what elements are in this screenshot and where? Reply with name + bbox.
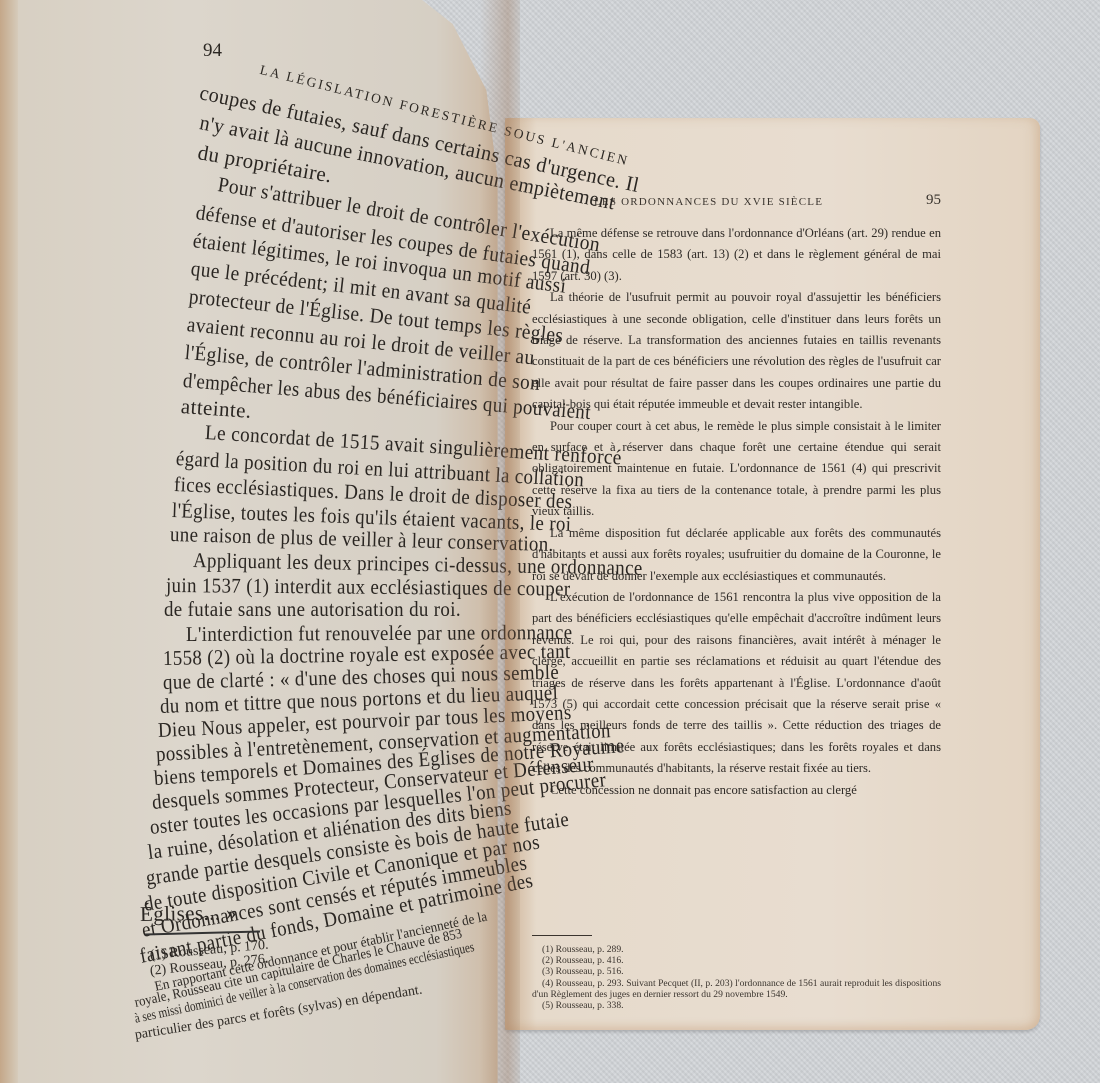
page-number: 94 [203, 40, 222, 62]
page-edge-stain [0, 0, 18, 1083]
text-line: atteinte. [180, 394, 252, 424]
footnote: (5) Rousseau, p. 338. [532, 1000, 941, 1011]
text-line: Églises... » [140, 900, 237, 927]
footnote: (2) Rousseau, p. 416. [532, 955, 941, 966]
page-number: 95 [926, 192, 941, 209]
footnote-rule [532, 935, 592, 936]
open-book-photo: Les ordonnances du XVIe siècle 95 La mêm… [0, 0, 1100, 1083]
right-page-footnotes: (1) Rousseau, p. 289. (2) Rousseau, p. 4… [532, 944, 941, 1011]
footnote: (3) Rousseau, p. 516. [532, 966, 941, 977]
running-head: Les ordonnances du XVIe siècle [594, 196, 823, 208]
text-line: de futaie sans une autorisation du roi. [164, 597, 461, 622]
right-page-body: La même défense se retrouve dans l'ordon… [532, 223, 941, 801]
paragraph: Pour couper court à cet abus, le remède … [532, 416, 941, 523]
footnote: (1) Rousseau, p. 289. [532, 944, 941, 955]
footnote: (4) Rousseau, p. 293. Suivant Pecquet (I… [532, 978, 941, 1000]
paragraph: La théorie de l'usufruit permit au pouvo… [532, 287, 941, 415]
